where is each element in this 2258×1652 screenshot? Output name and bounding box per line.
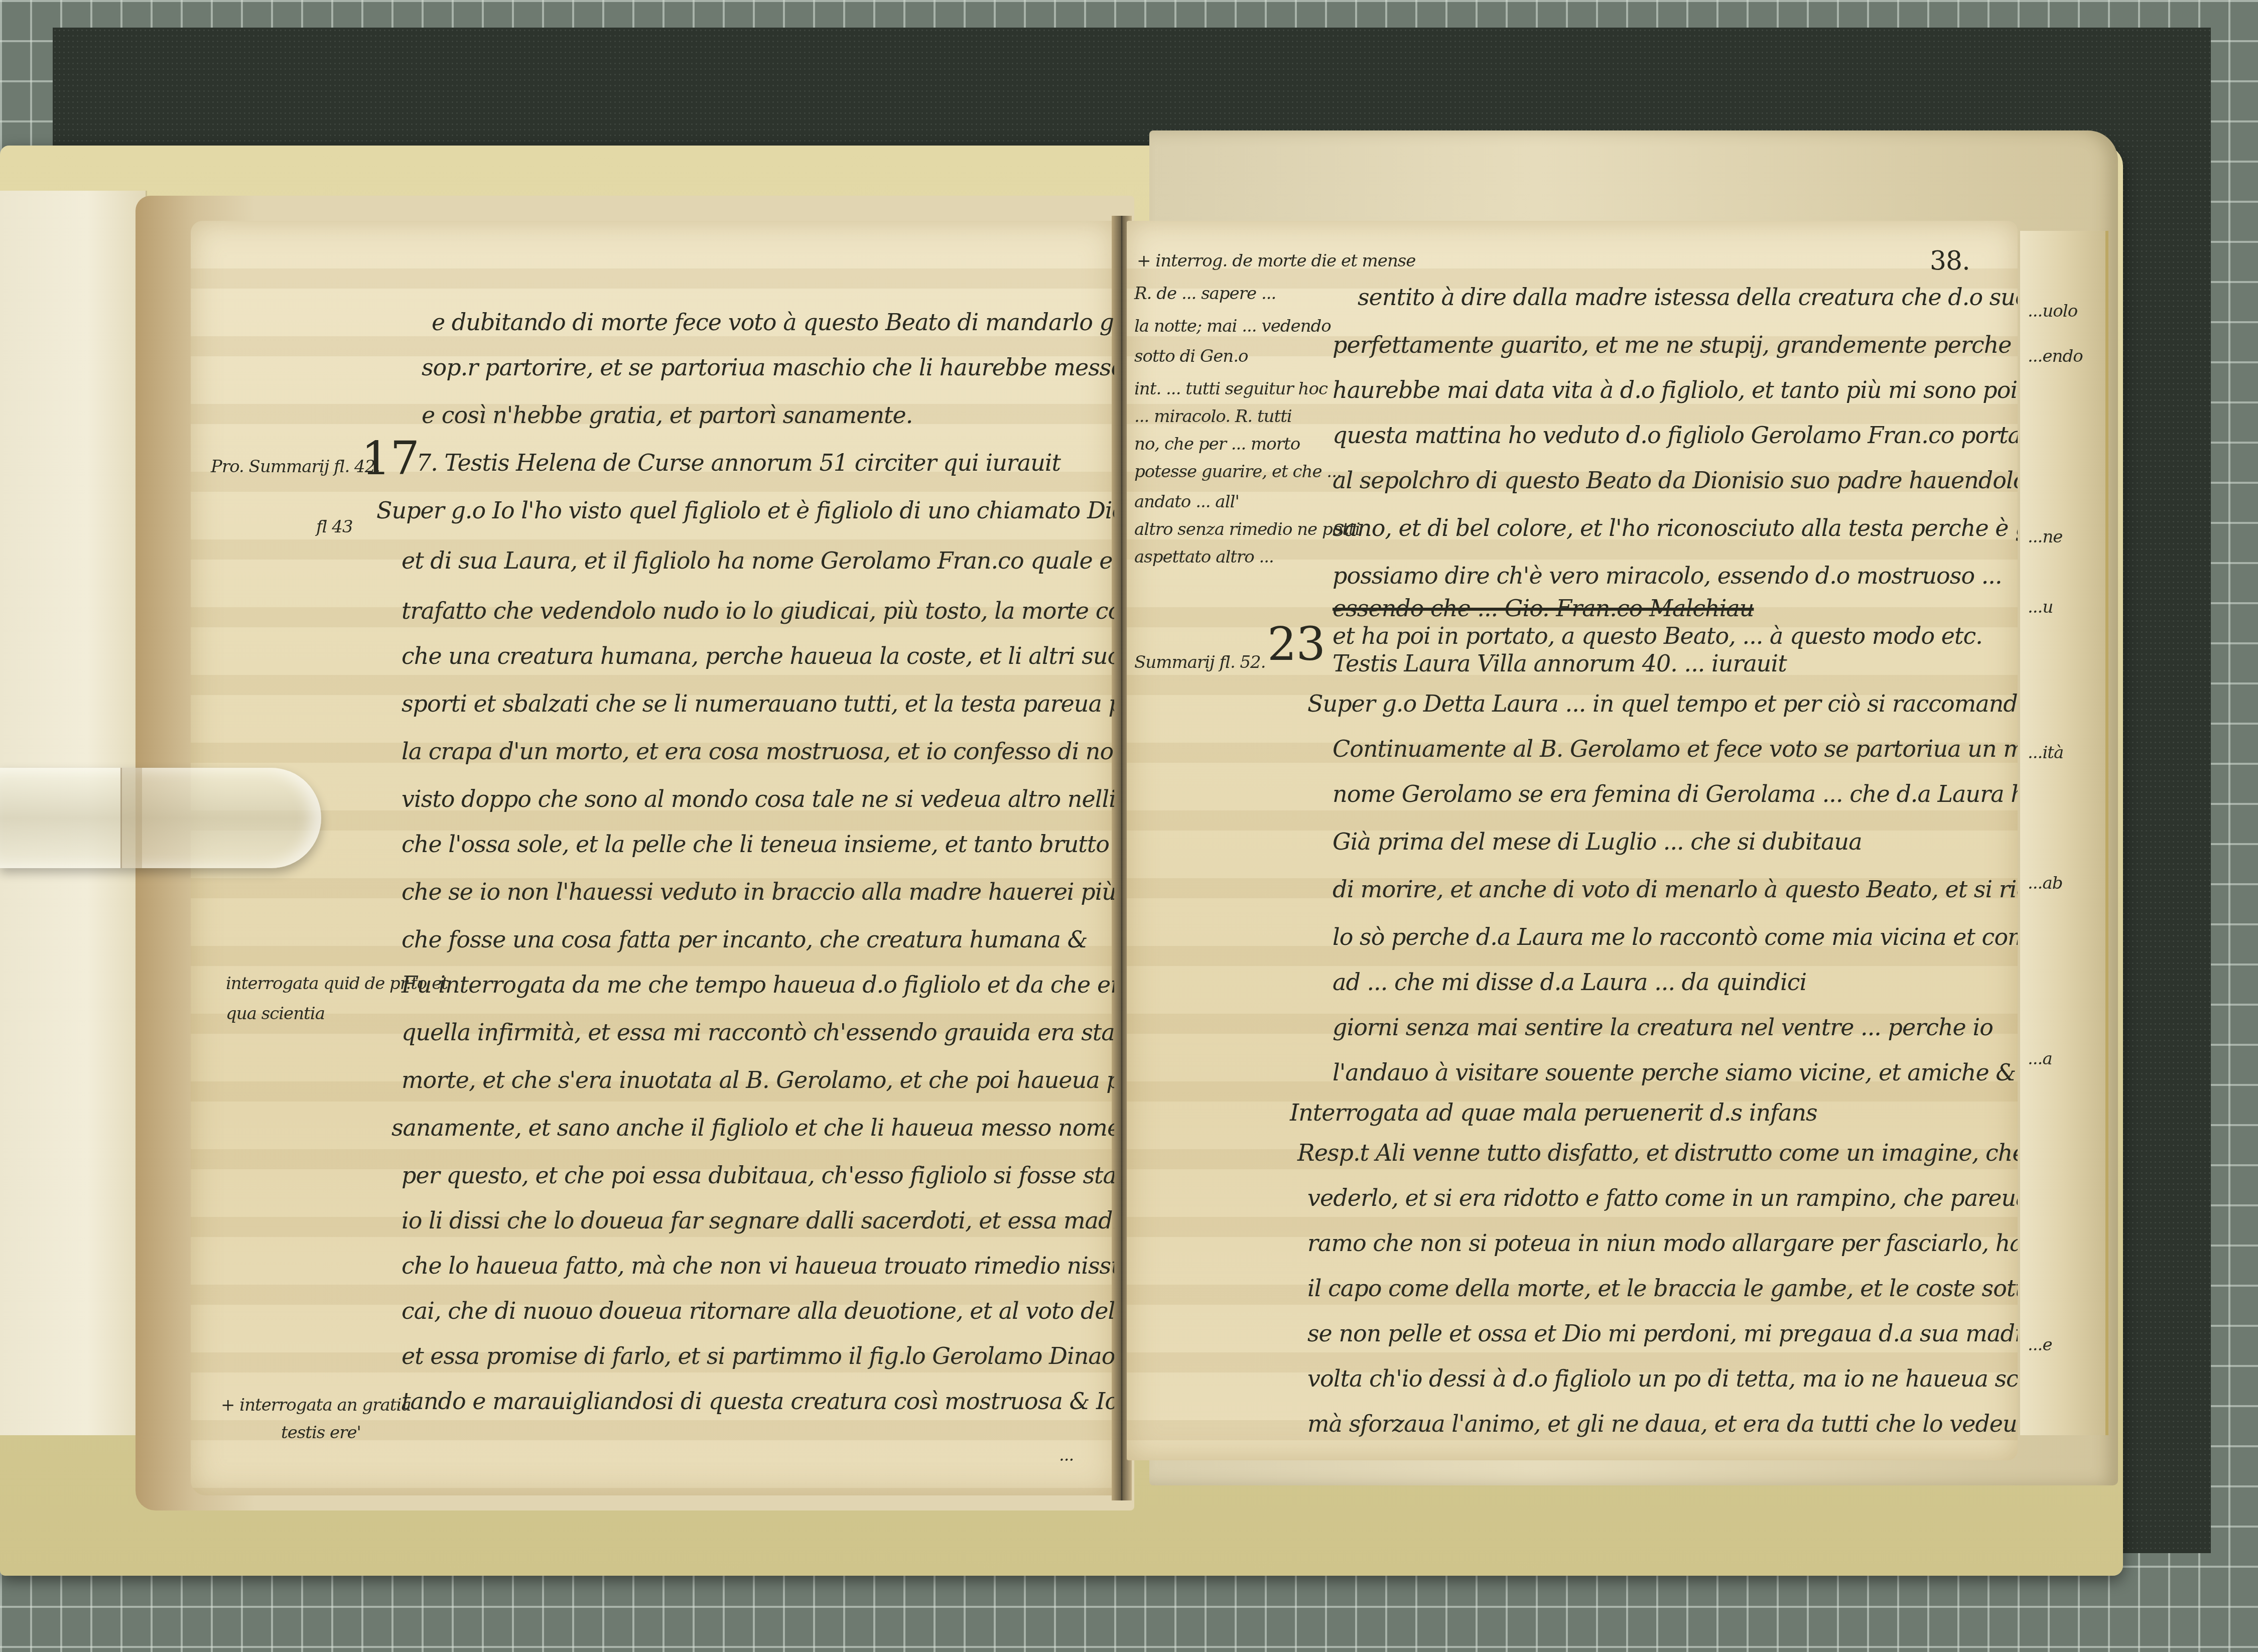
margin-note: testis ere'	[281, 1423, 361, 1443]
text-line: visto doppo che sono al mondo cosa tale …	[402, 785, 1114, 812]
margin-note: qua scientia	[226, 1004, 325, 1024]
entry-heading: 7. Testis Helena de Curse annorum 51 cir…	[417, 449, 1060, 476]
margin-reference: Summarij fl. 52.	[1134, 652, 1266, 672]
text-line: al sepolchro di questo Beato da Dionisio…	[1333, 467, 2018, 494]
margin-note: la notte; mai ... vedendo	[1134, 316, 1331, 336]
text-line: tando e marauigliandosi di questa creatu…	[402, 1388, 1114, 1415]
margin-note: aspettato altro ...	[1134, 547, 1274, 567]
text-line: Super g.o Io l'ho visto quel figliolo et…	[376, 497, 1114, 524]
text-line: et essa promise di farlo, et si partimmo…	[402, 1342, 1114, 1369]
adjacent-page-fragment: ...ab	[2028, 873, 2062, 893]
top-margin-note: + interrog. de morte die et mense	[1137, 251, 1415, 271]
margin-note: int. ... tutti seguitur hoc	[1134, 379, 1327, 399]
catchword: ...	[1059, 1445, 1074, 1465]
text-line: ramo che non si poteua in niun modo alla…	[1307, 1229, 2018, 1257]
margin-note: + interrogata an gratia	[221, 1395, 411, 1415]
text-line: Continuamente al B. Gerolamo et fece vot…	[1333, 735, 2018, 762]
adjacent-page-strips	[2020, 231, 2108, 1435]
adjacent-page-fragment: ...ne	[2028, 527, 2062, 547]
text-line: Fu interrogata da me che tempo haueua d.…	[402, 971, 1114, 998]
glass-book-weight[interactable]	[0, 768, 321, 868]
margin-note: potesse guarire, et che ...	[1134, 462, 1342, 482]
text-line: Super g.o Detta Laura ... in quel tempo …	[1307, 690, 2018, 717]
glass-weight-rim	[120, 768, 142, 868]
text-line: volta ch'io dessi à d.o figliolo un po d…	[1307, 1365, 2018, 1392]
text-line: et ha poi in portato, a questo Beato, ..…	[1333, 622, 1982, 649]
text-line: e dubitando di morte fece voto à questo …	[432, 309, 1114, 336]
text-line: vederlo, et si era ridotto e fatto come …	[1307, 1184, 2018, 1211]
adjacent-page-fragment: ...e	[2028, 1335, 2052, 1355]
right-page: + interrog. de morte die et mense 38. R.…	[1127, 221, 2018, 1460]
text-line: se non pelle et ossa et Dio mi perdoni, …	[1307, 1320, 2018, 1347]
text-line: lo sò perche d.a Laura me lo raccontò co…	[1333, 923, 2018, 950]
entry-heading: Testis Laura Villa annorum 40. ... iurau…	[1333, 650, 1787, 677]
interrogation-heading: Interrogata ad quae mala peruenerit d.s …	[1290, 1099, 1817, 1126]
margin-note: andato ... all'	[1134, 492, 1239, 512]
text-line: nome Gerolamo se era femina di Gerolama …	[1333, 780, 2018, 807]
text-line: perfettamente guarito, et me ne stupij, …	[1333, 331, 2018, 358]
text-line: mà sforzaua l'animo, et gli ne daua, et …	[1307, 1410, 2018, 1437]
text-line: la crapa d'un morto, et era cosa mostruo…	[402, 738, 1114, 765]
text-line: che l'ossa sole, et la pelle che li tene…	[402, 831, 1114, 858]
text-line: che se io non l'hauessi veduto in bracci…	[402, 878, 1114, 905]
text-line: et di sua Laura, et il figliolo ha nome …	[402, 547, 1114, 574]
text-line: e così n'hebbe gratia, et partorì saname…	[422, 401, 912, 429]
margin-note: sotto di Gen.o	[1134, 346, 1248, 366]
text-line: sop.r partorire, et se partoriua maschio…	[422, 354, 1114, 381]
margin-note: ... miracolo. R. tutti	[1134, 406, 1292, 427]
text-line: che fosse una cosa fatta per incanto, ch…	[402, 926, 1087, 953]
adjacent-page-fragment: ...a	[2028, 1049, 2052, 1069]
margin-note: R. de ... sapere ...	[1134, 284, 1276, 304]
text-line: ad ... che mi disse d.a Laura ... da qui…	[1333, 969, 1806, 996]
adjacent-page-fragment: ...ità	[2028, 743, 2063, 763]
text-line: giorni senza mai sentire la creatura nel…	[1333, 1014, 1993, 1041]
text-line: io li dissi che lo doueua far segnare da…	[402, 1207, 1114, 1234]
text-line: trafatto che vedendolo nudo io lo giudic…	[402, 597, 1114, 624]
entry-number: 17	[361, 432, 419, 485]
text-line: sentito à dire dalla madre istessa della…	[1358, 284, 2018, 311]
text-line: morte, et che s'era inuotata al B. Gerol…	[402, 1066, 1114, 1093]
margin-note: altro senza rimedio ne potti	[1134, 519, 1360, 539]
adjacent-page-fragment: ...u	[2028, 597, 2053, 617]
folio-number: 38.	[1930, 246, 1970, 276]
text-line: questa mattina ho veduto d.o figliolo Ge…	[1333, 422, 2018, 449]
text-line: quella infirmità, et essa mi raccontò ch…	[402, 1019, 1114, 1046]
text-line: l'andauo à visitare souente perche siamo…	[1333, 1059, 2016, 1086]
struck-text-line: essendo che ... Gio. Fran.co Malchiau	[1333, 595, 1754, 622]
adjacent-page-fragment: ...uolo	[2028, 301, 2077, 321]
text-line: di morire, et anche di voto di menarlo à…	[1333, 876, 2018, 903]
text-line: per questo, et che poi essa dubitaua, ch…	[402, 1162, 1114, 1189]
margin-reference: Pro. Summarij fl. 42.	[211, 457, 380, 477]
text-line: sporti et sbalzati che se li numerauano …	[402, 690, 1114, 717]
adjacent-page-fragment: ...endo	[2028, 346, 2083, 366]
text-line: che lo haueua fatto, mà che non vi haueu…	[402, 1252, 1114, 1279]
text-line: haurebbe mai data vita à d.o figliolo, e…	[1333, 376, 2018, 403]
margin-note: no, che per ... morto	[1134, 434, 1300, 454]
text-line: sano, et di bel colore, et l'ho riconosc…	[1333, 514, 2018, 541]
text-line: possiamo dire ch'è vero miracolo, essend…	[1333, 562, 2002, 589]
entry-number: 23	[1267, 617, 1325, 671]
text-line: Resp.t Ali venne tutto disfatto, et dist…	[1297, 1139, 2018, 1166]
margin-reference: fl 43	[316, 517, 353, 537]
text-line: che una creatura humana, perche haueua l…	[402, 642, 1114, 669]
text-line: cai, che di nuouo doueua ritornare alla …	[402, 1297, 1114, 1324]
left-page: e dubitando di morte fece voto à questo …	[191, 221, 1114, 1495]
text-line: il capo come della morte, et le braccia …	[1307, 1275, 2018, 1302]
text-line: sanamente, et sano anche il figliolo et …	[391, 1114, 1114, 1141]
text-line: Già prima del mese di Luglio ... che si …	[1333, 828, 1862, 855]
